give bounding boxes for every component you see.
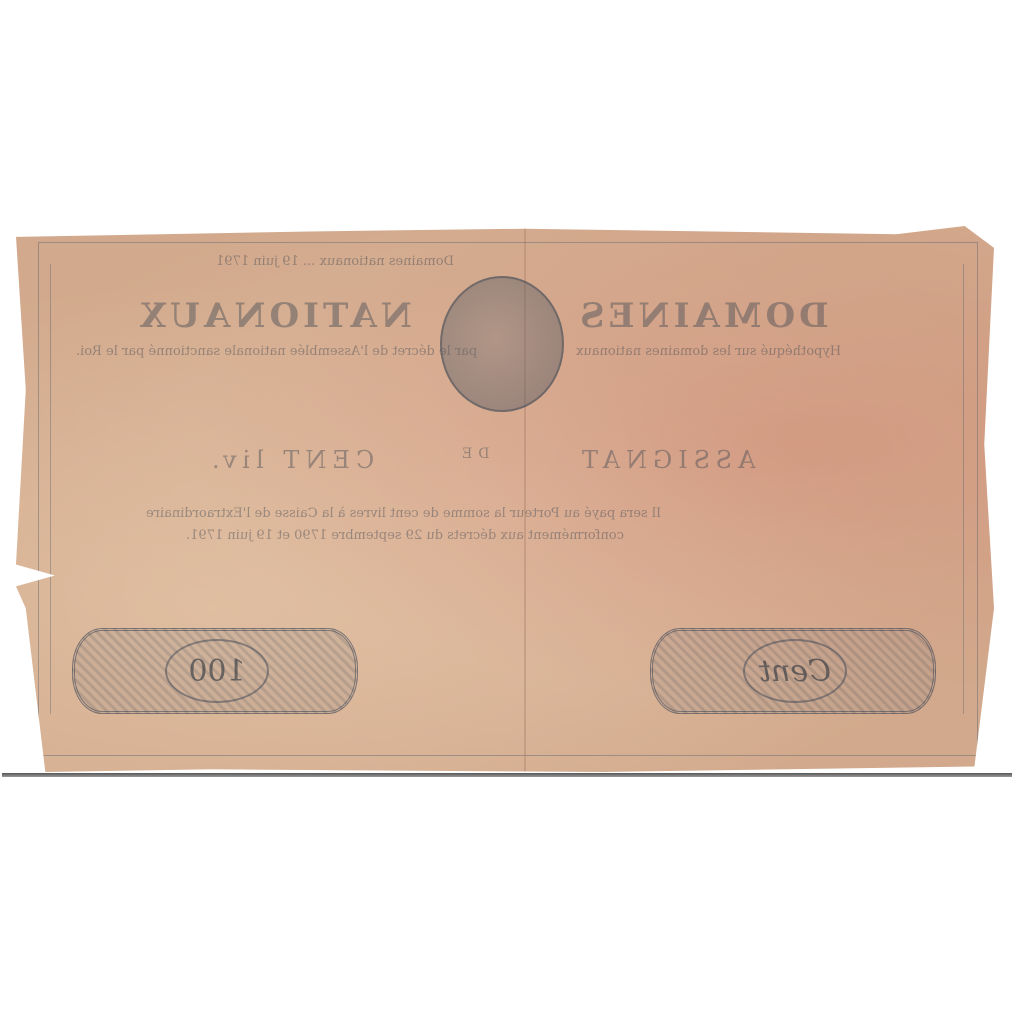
body-line-1: Il sera payé au Porteur la somme de cent… [146, 506, 661, 521]
image-baseline [2, 773, 1012, 777]
portrait-medallion [440, 276, 564, 412]
de-label: DE [456, 446, 489, 462]
plate-word: Cent [743, 639, 847, 703]
value-label: CENT liv. [206, 446, 374, 474]
subtitle-right: par le décret de l'Assemblée nationale s… [76, 344, 477, 359]
banknote: Domaines nationaux ... 19 juin 1791 DOMA… [16, 226, 994, 772]
title-domaines: DOMAINES [576, 296, 829, 336]
value-plate-right: Cent [650, 628, 936, 714]
top-border-text: Domaines nationaux ... 19 juin 1791 [216, 254, 454, 269]
subtitle-left: Hypothéqué sur les domaines nationaux [576, 344, 841, 359]
value-plate-left: 100 [72, 628, 358, 714]
assignat-label: ASSIGNAT [576, 446, 755, 474]
plate-numeral: 100 [165, 639, 269, 703]
title-nationaux: NATIONAUX [136, 296, 412, 336]
body-line-2: conformément aux décrets du 29 septembre… [186, 528, 624, 543]
